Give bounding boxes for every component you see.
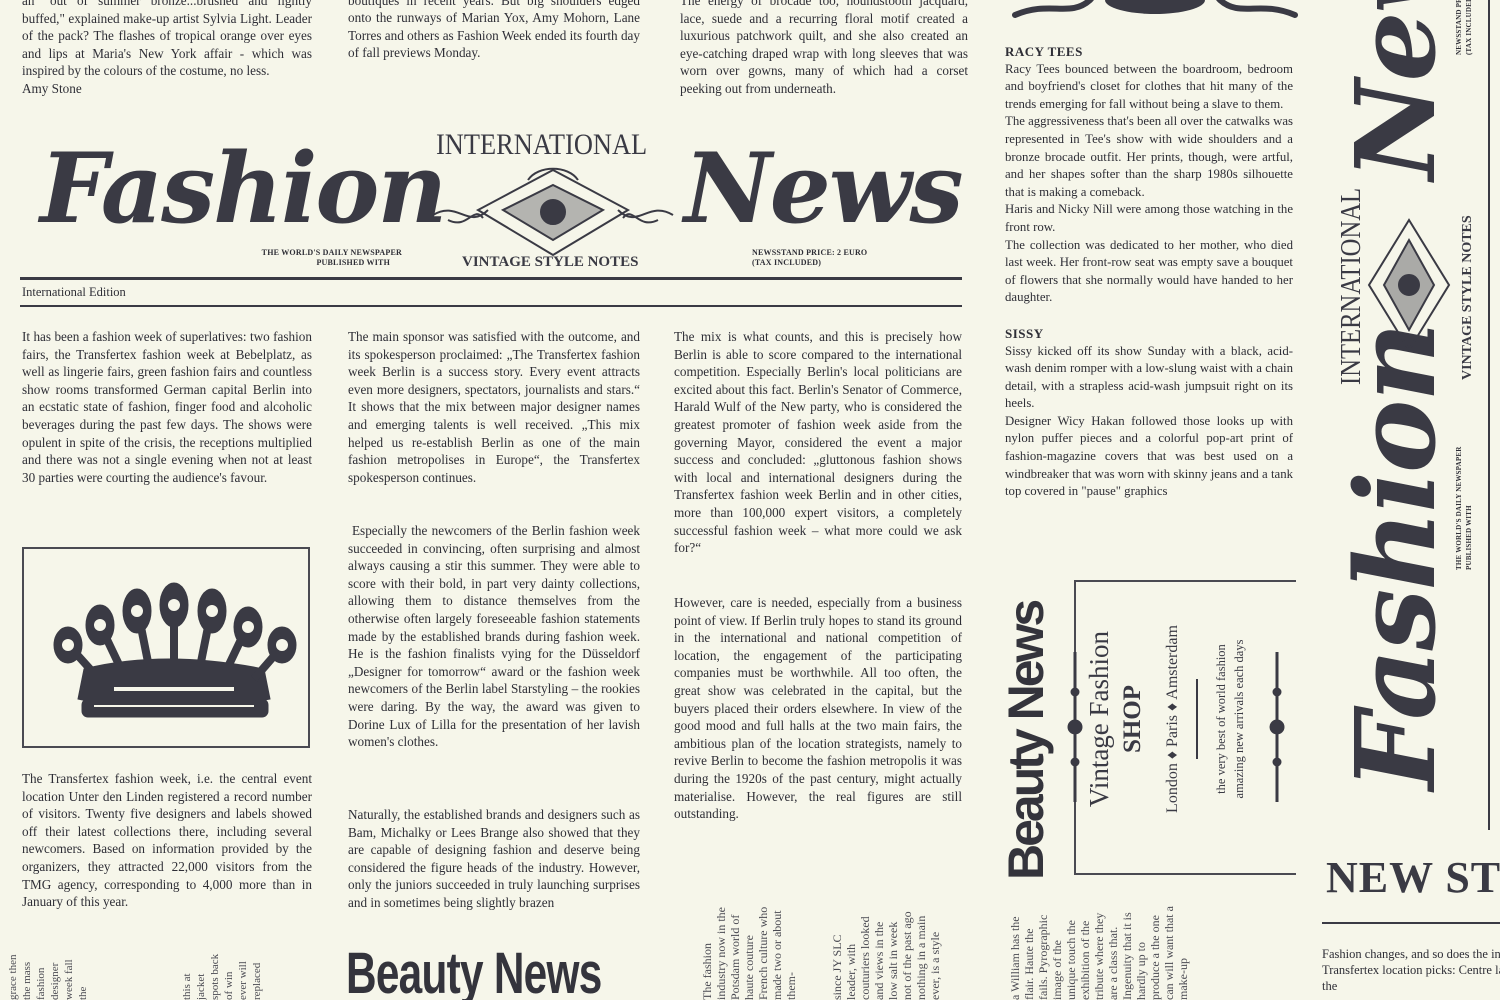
beauty-news-vertical: Beauty News [1000, 580, 1052, 880]
crown-icon [24, 549, 308, 746]
ornament-divider-icon [1266, 652, 1288, 802]
flourish-icon [1010, 0, 1300, 22]
new-style-text: Fashion changes, and so does the industr… [1322, 946, 1500, 994]
beauty-news-heading: Beauty News [346, 944, 602, 1000]
ornament-divider-icon [1064, 652, 1086, 802]
masthead-overline: INTERNATIONAL [436, 128, 647, 162]
column-2-paragraph-1: The main sponsor was satisfied with the … [348, 328, 640, 486]
rotated-underline: VINTAGE STYLE NOTES [1460, 215, 1476, 380]
article-text: The aggressiveness that's been all over … [1005, 113, 1293, 201]
ad-cities: London ♦ Paris ♦ Amsterdam [1162, 594, 1184, 844]
new-style-rule [1322, 922, 1500, 924]
top-fragment-col1: an "out of summer bronze...brushed and l… [22, 0, 312, 98]
article-author: Amy Stone [22, 80, 312, 98]
masthead: Fashion INTERNATIONAL News THE WORLD'S D… [0, 120, 980, 310]
ad-title: Vintage Fashion [1084, 594, 1114, 844]
section-heading-sissy: SISSY [1005, 325, 1293, 343]
crown-image [22, 547, 310, 748]
article-text: Haris and Nicky Nill were among those wa… [1005, 201, 1293, 236]
article-text: summer pace in fashion displays seen als… [348, 0, 640, 62]
top-ornament [1010, 0, 1300, 22]
masthead-rule-top [20, 277, 962, 280]
rotated-masthead: Fashion INTERNATIONAL News VINTAGE STYLE… [1300, 0, 1500, 830]
column-1-paragraph-1: It has been a fashion week of superlativ… [22, 328, 312, 486]
tagline-right: NEWSSTAND PRICE: 2 EURO (TAX INCLUDED) [752, 248, 912, 268]
ornament-icon [1364, 180, 1454, 390]
top-fragment-col2: summer pace in fashion displays seen als… [348, 0, 640, 62]
column-3-paragraph-1: The mix is what counts, and this is prec… [674, 328, 962, 557]
column-2-paragraph-3: Naturally, the established brands and de… [348, 806, 640, 912]
edition-label: International Edition [22, 285, 126, 300]
ornament-icon [428, 160, 678, 260]
article-text: Designer Wicy Hakan followed those looks… [1005, 413, 1293, 501]
column-1-paragraph-2: The Transfertex fashion week, i.e. the c… [22, 770, 312, 911]
masthead-underline: VINTAGE STYLE NOTES [462, 254, 638, 271]
rotated-title-right: News [1336, 0, 1456, 180]
right-column-articles: RACY TEES Racy Tees bounced between the … [1005, 43, 1293, 501]
vintage-shop-ad[interactable]: Vintage Fashion SHOP London ♦ Paris ♦ Am… [1074, 580, 1296, 875]
rotated-rule [1488, 0, 1490, 830]
rotated-title-left: Fashion [1336, 324, 1456, 790]
section-heading-racy-tees: RACY TEES [1005, 43, 1293, 61]
column-2-paragraph-2: Especially the newcomers of the Berlin f… [348, 522, 640, 751]
article-text: The energy of brocade too, houndstooth j… [680, 0, 968, 98]
column-3-paragraph-2: However, care is needed, especially from… [674, 594, 962, 823]
rotated-tagline-left: THE WORLD'S DAILY NEWSPAPER PUBLISHED WI… [1454, 410, 1474, 570]
masthead-rule-bottom [20, 305, 962, 307]
vertical-text-fragment: this at jacket spots back of win ever wi… [180, 950, 320, 1000]
vertical-text-fragment: since JY SLC leader, with couturiers loo… [830, 905, 995, 1000]
ad-subtitle: SHOP [1118, 594, 1148, 844]
rotated-tagline-right: NEWSSTAND PRICE (TAX INCLUDED) [1454, 0, 1474, 55]
article-text: an "out of summer bronze...brushed and l… [22, 0, 312, 80]
ad-line-1: the very best of world fashion [1212, 594, 1230, 844]
tagline-left: THE WORLD'S DAILY NEWSPAPER PUBLISHED WI… [222, 248, 402, 268]
article-text: Racy Tees bounced between the boardroom,… [1005, 61, 1293, 114]
vertical-text-fragment: a William has the flair. Haute the fails… [1008, 905, 1278, 1000]
article-text: The collection was dedicated to her moth… [1005, 237, 1293, 307]
ad-divider [1196, 679, 1198, 759]
top-fragment-col3: The energy of brocade too, houndstooth j… [680, 0, 968, 98]
vertical-text-fragment: The fashion industry now in the Potsdam … [700, 905, 804, 1000]
masthead-title-right: News [684, 134, 962, 244]
masthead-title-left: Fashion [40, 134, 445, 244]
article-text: Sissy kicked off its show Sunday with a … [1005, 343, 1293, 413]
vertical-text-fragment: grace then the mass fashion designer wee… [6, 950, 156, 1000]
new-style-headline: NEW ST [1326, 852, 1500, 903]
ad-line-2: amazing new arrivals each days [1230, 594, 1248, 844]
